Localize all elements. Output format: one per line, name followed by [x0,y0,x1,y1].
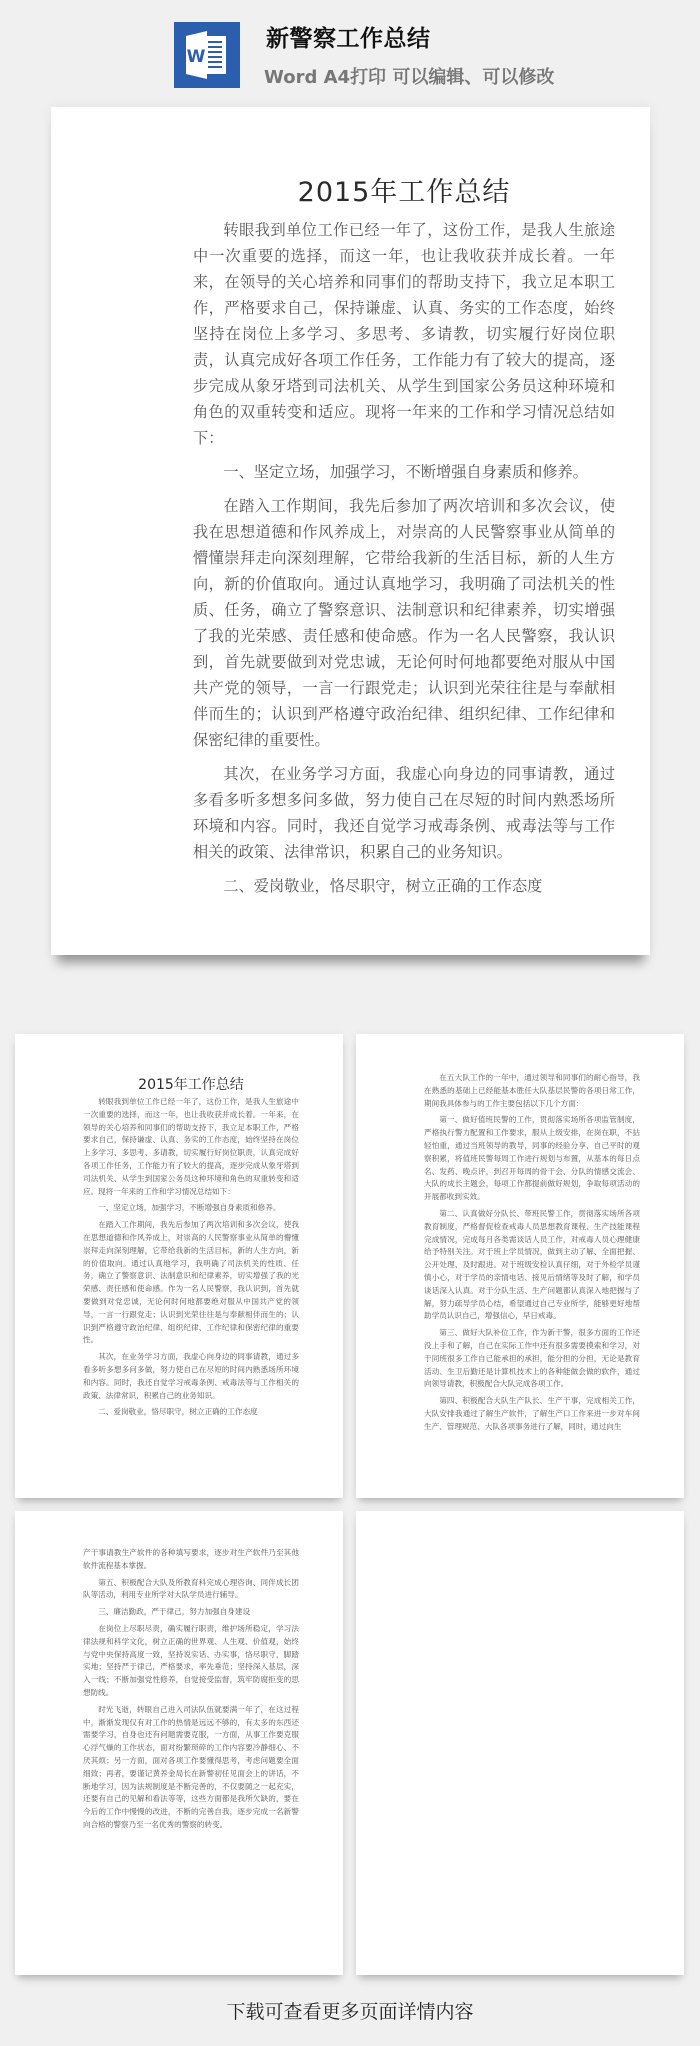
doc-paragraph: 第四、积极配合大队生产队长、生产干事，完成相关工作，大队安排我通过了解生产软件，… [424,1395,640,1433]
doc-paragraph: 在五大队工作的一年中，通过领导和同事们的耐心指导，我在熟悉的基础上已经能基本胜任… [424,1072,640,1110]
page-thumbnail-3: 产干事请教生产软件的各种填写要求，逐步对生产软件乃至其他软件流程基本掌握。 第五… [15,1511,343,1975]
thumbnail-body: 产干事请教生产软件的各种填写要求，逐步对生产软件乃至其他软件流程基本掌握。 第五… [83,1547,299,1832]
doc-section-heading: 三、廉洁勤政，严于律己，努力加强自身建设 [83,1606,299,1619]
doc-paragraph: 第一、做好值班民警的工作，贯彻落实场所各项监管制度，严格执行警力配置和工作要求，… [424,1114,640,1204]
thumbnail-body: 在五大队工作的一年中，通过领导和同事们的耐心指导，我在熟悉的基础上已经能基本胜任… [424,1072,640,1434]
doc-section-heading: 二、爱岗敬业，恪尽职守，树立正确的工作态度 [193,873,615,899]
doc-section-heading: 一、坚定立场，加强学习，不断增强自身素质和修养。 [83,1202,299,1215]
doc-paragraph: 在踏入工作期间，我先后参加了两次培训和多次会议，使我在思想道德和作风养成上，对崇… [83,1219,299,1347]
thumbnail-body: 2015年工作总结 转眼我到单位工作已经一年了，这份工作，是我人生旅途中一次重要… [83,1076,299,1419]
doc-paragraph: 第三、做好大队补位工作，作为新干警，很多方面的工作还没上手和了解，自己在实际工作… [424,1327,640,1391]
svg-text:W: W [187,47,206,67]
document-subtitle: Word A4打印 可以编辑、可以修改 [264,63,554,89]
doc-paragraph: 产干事请教生产软件的各种填写要求，逐步对生产软件乃至其他软件流程基本掌握。 [83,1547,299,1573]
page-thumbnail-4 [356,1511,684,1975]
download-more-prompt[interactable]: 下载可查看更多页面详情内容 [0,1997,700,2024]
doc-paragraph: 其次，在业务学习方面，我虚心向身边的同事请教，通过多看多听多想多问多做，努力使自… [83,1351,299,1402]
doc-heading: 2015年工作总结 [193,175,615,211]
doc-heading: 2015年工作总结 [83,1076,299,1094]
doc-paragraph: 第二、认真做好分队长、带班民警工作，贯彻落实场所各项教育制度，严格督促检查戒毒人… [424,1208,640,1323]
doc-paragraph: 转眼我到单位工作已经一年了，这份工作，是我人生旅途中一次重要的选择，而这一年，也… [83,1096,299,1198]
doc-paragraph: 转眼我到单位工作已经一年了，这份工作，是我人生旅途中一次重要的选择，而这一年，也… [193,217,615,451]
doc-section-heading: 二、爱岗敬业，恪尽职守，树立正确的工作态度 [83,1406,299,1419]
doc-paragraph: 在岗位上尽职尽责，确实履行职责，维护场所稳定，学习法律法规和科学文化，树立正确的… [83,1623,299,1700]
document-body: 2015年工作总结 转眼我到单位工作已经一年了，这份工作，是我人生旅途中一次重要… [193,175,615,899]
word-document-icon: W [174,22,240,88]
main-page-preview: 2015年工作总结 转眼我到单位工作已经一年了，这份工作，是我人生旅途中一次重要… [51,107,650,955]
doc-paragraph: 时光飞逝，转眼自己进入司法队伍就要满一年了，在这过程中，渐渐发现仅有对工作的热情… [83,1704,299,1832]
doc-section-heading: 一、坚定立场，加强学习，不断增强自身素质和修养。 [193,459,615,485]
doc-paragraph: 在踏入工作期间，我先后参加了两次培训和多次会议，使我在思想道德和作风养成上，对崇… [193,493,615,753]
document-header: W 新警察工作总结 Word A4打印 可以编辑、可以修改 [0,0,700,105]
page-thumbnail-1: 2015年工作总结 转眼我到单位工作已经一年了，这份工作，是我人生旅途中一次重要… [15,1034,343,1498]
document-title: 新警察工作总结 [266,20,431,53]
doc-paragraph: 第五、积极配合大队及所教育科完成心理咨询、同伴成长团队等活动，利用专业所学对大队… [83,1577,299,1603]
page-thumbnail-2: 在五大队工作的一年中，通过领导和同事们的耐心指导，我在熟悉的基础上已经能基本胜任… [356,1034,684,1498]
doc-paragraph: 其次，在业务学习方面，我虚心向身边的同事请教，通过多看多听多想多问多做，努力使自… [193,761,615,865]
